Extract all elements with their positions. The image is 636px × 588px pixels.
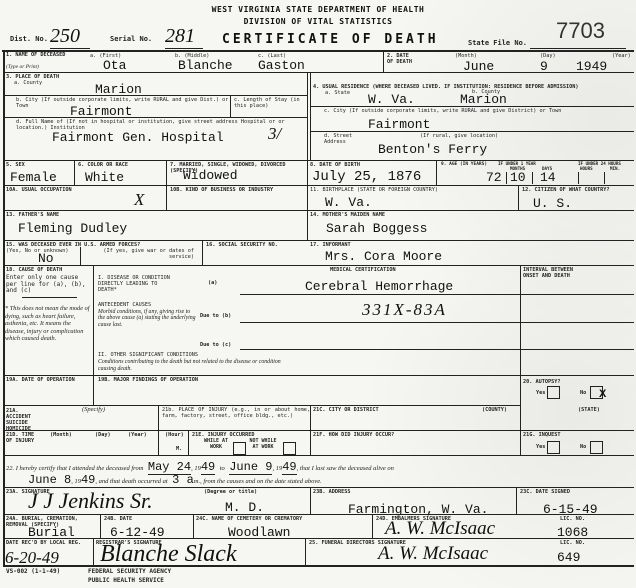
- antecedent-causes-label: ANTECEDENT CAUSES: [98, 302, 151, 308]
- occupation-label: 10a. USUAL OCCUPATION: [6, 187, 72, 193]
- footer-service: PUBLIC HEALTH SERVICE: [88, 578, 164, 584]
- business-label: 10b. KIND OF BUSINESS OR INDUSTRY: [170, 187, 290, 193]
- length-of-stay-label: c. Length of Stay (in this place): [234, 97, 304, 109]
- hospital-note: 3/: [268, 124, 281, 144]
- middle-name-value: Blanche: [178, 58, 233, 73]
- injury-not-at-work-checkbox[interactable]: [283, 442, 296, 455]
- other-conditions-label: II. OTHER SIGNIFICANT CONDITIONS: [98, 352, 198, 358]
- age-years-value: 72: [486, 170, 502, 185]
- registrar-signature: Blanche Slack: [100, 541, 237, 568]
- cause-b-label: Due to (b): [200, 313, 231, 319]
- inquest-label: 21g. INQUEST: [523, 432, 560, 438]
- age-months-value: 10: [510, 170, 526, 185]
- cert-death-time: 3 a: [172, 473, 194, 488]
- embalmer-license-label: LIC. NO.: [560, 516, 585, 522]
- residence-street-label: d. Street Address: [324, 133, 364, 145]
- degree-value: M. D.: [225, 500, 264, 515]
- autopsy-yes-checkbox[interactable]: [547, 386, 560, 399]
- cemetery-label: 24c. NAME OF CEMETERY OR CREMATORY: [196, 516, 302, 522]
- age-hours-label: Hours: [580, 166, 593, 172]
- cause-footnote: * This does not mean the mode of dying, …: [5, 305, 90, 343]
- age-days-value: 14: [540, 170, 556, 185]
- death-year-label: (Year): [612, 53, 631, 59]
- sex-label: 5. SEX: [6, 162, 25, 168]
- mother-name-value: Sarah Boggess: [326, 221, 427, 236]
- physician-signature: J J Jenkins Sr.: [28, 488, 153, 514]
- other-conditions-text: Conditions contributing to the death but…: [98, 359, 298, 373]
- father-name-label: 13. FATHER'S NAME: [6, 212, 59, 218]
- armed-forces-war-label: (If yes, give war or dates of service): [84, 248, 194, 260]
- date-signed-label: 23c. DATE SIGNED: [520, 489, 570, 495]
- disposition-date-label: 24b. DATE: [104, 516, 132, 522]
- address-label: 23b. ADDRESS: [313, 489, 350, 495]
- autopsy-yes-label: Yes: [536, 390, 545, 396]
- injury-at-work-label: While at Work: [200, 438, 232, 450]
- armed-forces-value: No: [38, 251, 54, 266]
- injury-state-label: (STATE): [578, 407, 600, 413]
- age-label: 9. AGE (In years): [441, 162, 487, 168]
- citizenship-value: U. S.: [533, 196, 572, 211]
- inquest-yes-checkbox[interactable]: [547, 441, 560, 454]
- certificate-title: CERTIFICATE OF DEATH: [222, 32, 439, 47]
- inquest-no-checkbox[interactable]: [590, 441, 603, 454]
- cert-text-3: , and that death occurred at: [95, 478, 167, 485]
- division-heading: DIVISION OF VITAL STATISTICS: [0, 17, 636, 26]
- death-certificate: WEST VIRGINIA STATE DEPARTMENT OF HEALTH…: [0, 0, 636, 588]
- injury-place-label: 21b. PLACE OF INJURY (e.g., in or about …: [162, 407, 310, 419]
- residence-county-value: Marion: [460, 92, 507, 107]
- residence-city-value: Fairmont: [368, 117, 430, 132]
- ssn-label: 16. SOCIAL SECURITY NO.: [206, 242, 278, 248]
- race-value: White: [85, 170, 124, 185]
- last-name-value: Gaston: [258, 58, 305, 73]
- operation-findings-label: 19b. MAJOR FINDINGS OF OPERATION: [98, 377, 198, 383]
- dist-no-value: 250: [50, 25, 90, 49]
- funeral-director-signature: A. W. McIsaac: [378, 543, 488, 565]
- injury-how-label: 21f. HOW DID INJURY OCCUR?: [313, 432, 394, 438]
- mother-name-label: 14. MOTHER'S MAIDEN NAME: [310, 212, 385, 218]
- date-of-birth-value: July 25, 1876: [312, 169, 421, 185]
- interval-label: INTERVAL BETWEEN ONSET AND DEATH: [523, 267, 588, 279]
- injury-time-label: 21d. TIME OF INJURY: [6, 432, 36, 444]
- cert-last-seen-date: June 8: [28, 473, 71, 488]
- injury-day-label: (Day): [95, 432, 111, 438]
- date-of-birth-label: 8. DATE OF BIRTH: [310, 162, 360, 168]
- hospital-value: Fairmont Gen. Hospital: [52, 130, 224, 145]
- inquest-yes-label: Yes: [536, 444, 545, 450]
- agency-heading: WEST VIRGINIA STATE DEPARTMENT OF HEALTH: [0, 5, 636, 14]
- dist-no-label: Dist. No.: [10, 36, 48, 42]
- state-file-value: 7703: [556, 18, 605, 44]
- director-license-label: LIC. NO.: [560, 540, 585, 546]
- injury-month-label: (Month): [50, 432, 72, 438]
- father-name-value: Fleming Dudley: [18, 221, 127, 236]
- injury-not-at-work-label: Not while at Work: [245, 438, 281, 450]
- name-sublabel: (Type or Print): [6, 64, 39, 72]
- sex-value: Female: [10, 170, 57, 185]
- director-license-value: 649: [557, 550, 580, 565]
- residence-street-hint: (If rural, give location): [420, 133, 498, 139]
- autopsy-no-mark: X: [599, 388, 606, 400]
- cert-text-4: m., from the causes and on the date stat…: [194, 478, 322, 485]
- residence-street-value: Benton's Ferry: [378, 142, 487, 157]
- injury-specify-label: (Specify): [82, 406, 105, 414]
- cause-instructions: Enter only one cause per line for (a), (…: [6, 275, 88, 295]
- injury-year-label: (Year): [128, 432, 147, 438]
- operation-date-label: 19a. DATE OF OPERATION: [6, 377, 75, 383]
- antecedent-causes-text: Morbid conditions, if any, giving rise t…: [98, 309, 198, 328]
- injury-m-label: M.: [176, 446, 182, 452]
- birthplace-label: 11. BIRTHPLACE (State or foreign country…: [310, 187, 438, 193]
- inquest-no-label: No: [580, 444, 586, 450]
- residence-state-value: W. Va.: [368, 92, 415, 107]
- marital-status-value: Widowed: [183, 168, 238, 183]
- cause-b-value: 331X-83A: [362, 300, 447, 320]
- form-number: VS-002 (1-1-49): [6, 569, 60, 575]
- cause-a-value: Cerebral Hemorrhage: [305, 279, 453, 294]
- informant-value: Mrs. Cora Moore: [325, 249, 442, 264]
- embalmer-signature: A. W. McIsaac: [385, 518, 495, 540]
- informant-label: 17. INFORMANT: [310, 242, 351, 248]
- residence-state-label: a. State: [325, 90, 350, 96]
- autopsy-no-label: No: [580, 390, 586, 396]
- injury-type-label: 21a. ACCIDENT SUICIDE HOMICIDE: [6, 408, 46, 432]
- occupation-value: X: [134, 190, 144, 210]
- citizenship-label: 12. CITIZEN OF WHAT COUNTRY?: [522, 187, 612, 193]
- age-min-label: Min.: [610, 166, 620, 172]
- injury-hour-label: (Hour): [165, 432, 184, 438]
- injury-county-label: (COUNTY): [482, 407, 507, 413]
- autopsy-label: 20. AUTOPSY?: [523, 379, 560, 385]
- serial-no-label: Serial No.: [110, 36, 152, 42]
- injury-city-label: 21c. CITY OR DISTRICT: [313, 407, 379, 413]
- direct-cause-label: I. DISEASE OR CONDITION DIRECTLY LEADING…: [98, 275, 178, 293]
- residence-city-label: c. City (If outside corporate limits, wr…: [324, 108, 624, 114]
- cause-a-label: (a): [208, 280, 217, 286]
- date-received-label: DATE REC'D BY LOCAL REG.: [6, 540, 81, 546]
- serial-no-value: 281: [165, 25, 203, 49]
- medical-certification-label: MEDICAL CERTIFICATION: [330, 267, 396, 273]
- race-label: 6. COLOR OR RACE: [78, 162, 128, 168]
- last-seen-statement: June 8, 1949, and that death occurred at…: [28, 470, 322, 488]
- footer-agency: FEDERAL SECURITY AGENCY: [88, 569, 171, 575]
- cause-c-label: Due to (c): [200, 342, 231, 348]
- cert-last-seen-year: 49: [81, 473, 95, 488]
- death-county-label: a. County: [14, 80, 42, 86]
- state-file-label: State File No.: [468, 40, 527, 46]
- date-of-death-label: 2. DATE OF DEATH: [387, 53, 415, 65]
- cause-of-death-label: 18. CAUSE OF DEATH: [6, 267, 62, 273]
- birthplace-value: W. Va.: [325, 195, 372, 210]
- degree-label: (Degree or title): [204, 489, 257, 495]
- name-label: 1. NAME OF DECEASED: [6, 52, 66, 58]
- first-name-value: Ota: [103, 58, 126, 73]
